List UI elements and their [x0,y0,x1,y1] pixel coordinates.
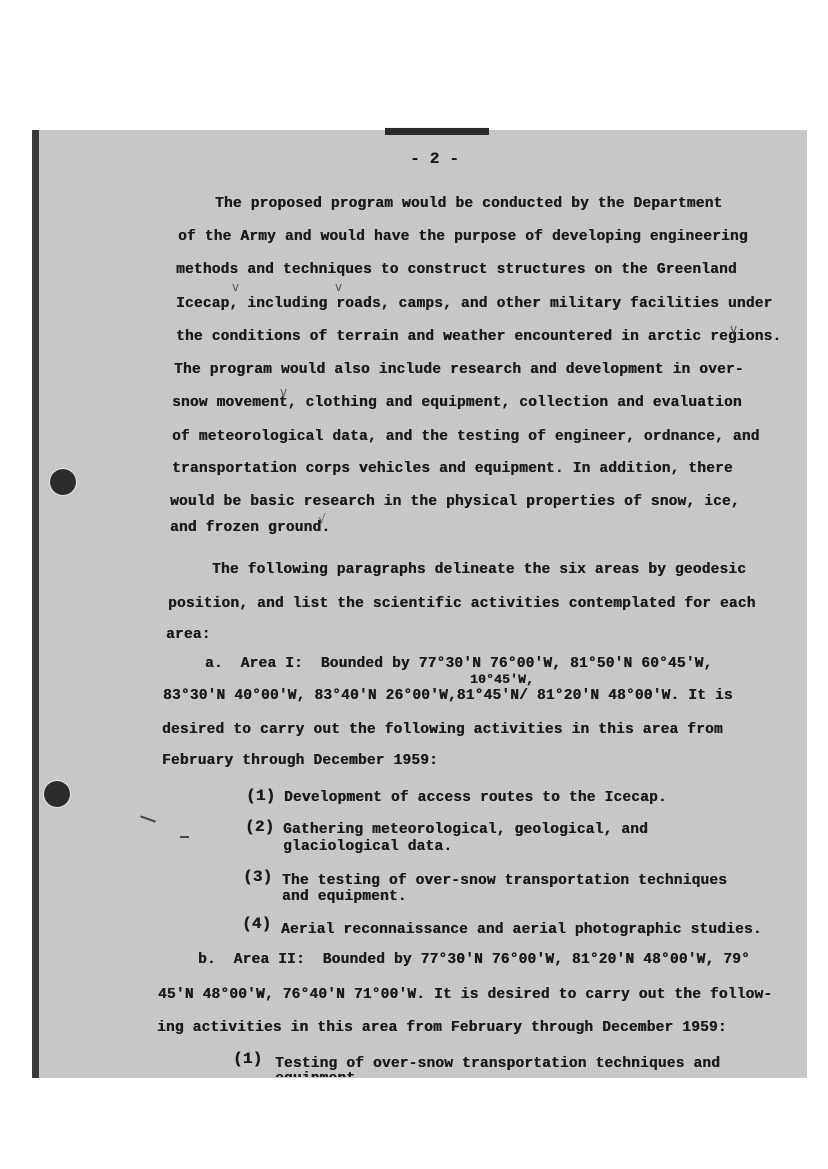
list-item-text: Aerial reconnaissance and aerial photogr… [281,922,762,938]
handwritten-tick-mark: v [335,280,342,294]
area-a-heading: a. Area I: Bounded by 77°30'N 76°00'W, 8… [205,656,712,672]
list-item-text: Testing of over-snow transportation tech… [275,1056,720,1072]
list-item-number: (4) [242,915,271,933]
handwritten-check-mark: √ [318,512,326,526]
text-line: 83°30'N 40°00'W, 83°40'N 26°00'W,81°45'N… [163,688,733,704]
text-line: would be basic research in the physical … [170,494,740,510]
text-line: the conditions of terrain and weather en… [176,329,781,345]
area-b-title: Area II: [234,952,305,968]
text-line: ing activities in this area from Februar… [157,1020,727,1036]
list-item-text: Development of access routes to the Icec… [284,790,667,806]
text-line: The proposed program would be conducted … [215,196,722,212]
text-line: Icecap, including roads, camps, and othe… [176,296,772,312]
text-line: snow movement, clothing and equipment, c… [172,395,742,411]
list-item-text: Gathering meteorological, geological, an… [283,822,648,838]
redacted-classification-marking [385,127,489,135]
handwritten-tick-mark: v [280,385,287,399]
area-b-heading: b. Area II: Bounded by 77°30'N 76°00'W, … [198,952,750,968]
list-item-text: The testing of over-snow transportation … [282,873,727,889]
text-line: transportation corps vehicles and equipm… [172,461,733,477]
list-item-number: (3) [243,868,272,886]
text-line: of the Army and would have the purpose o… [178,229,748,245]
area-a-bounds: Bounded by 77°30'N 76°00'W, 81°50'N 60°4… [321,656,713,672]
text-line: The following paragraphs delineate the s… [212,562,746,578]
list-item-text-cutoff: equipment. [275,1071,364,1077]
area-b-label: b. [198,952,216,968]
area-a-label: a. [205,656,223,672]
handwritten-tick-mark: v [232,280,239,294]
list-item-text: and equipment. [282,889,407,905]
stray-mark [180,836,189,838]
text-line: desired to carry out the following activ… [162,722,723,738]
list-item-text: glaciological data. [283,839,452,855]
text-line: 45'N 48°00'W, 76°40'N 71°00'W. It is des… [158,987,772,1003]
list-item-number: (1) [246,787,275,805]
page-number: - 2 - [410,150,459,168]
text-line: position, and list the scientific activi… [168,596,756,612]
area-a-title: Area I: [241,656,303,672]
area-b-bounds: Bounded by 77°30'N 76°00'W, 81°20'N 48°0… [323,952,750,968]
punch-hole-upper [50,469,76,495]
punch-hole-lower [44,781,70,807]
handwritten-insert-annotation: 10°45'W, [470,672,534,687]
list-item-number: (2) [245,818,274,836]
text-line: February through December 1959: [162,753,438,769]
text-line: The program would also include research … [174,362,744,378]
handwritten-tick-mark: v [730,322,737,336]
text-line: of meteorological data, and the testing … [172,429,760,445]
text-line: and frozen ground. [170,520,330,536]
list-item-number: (1) [233,1050,262,1068]
text-line: area: [166,627,211,643]
text-line: methods and techniques to construct stru… [176,262,737,278]
